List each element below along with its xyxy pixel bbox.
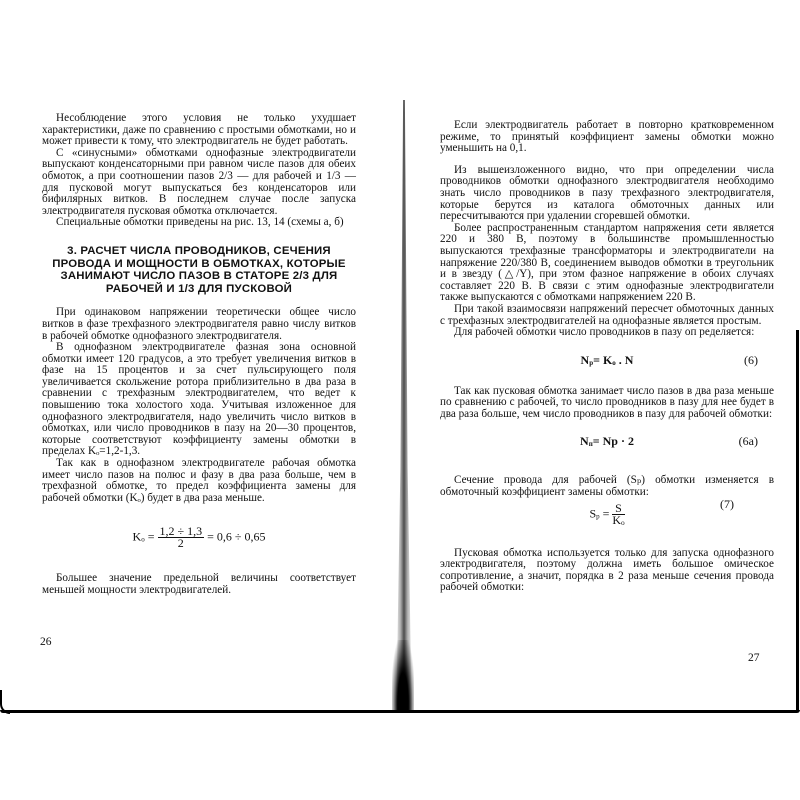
formula-fraction: S Kₒ <box>612 503 624 526</box>
fraction-denominator: 2 <box>158 538 205 549</box>
book-spine-fold <box>392 640 414 712</box>
formula-lhs-subscript: o <box>141 536 145 544</box>
section-heading: 3. РАСЧЕТ ЧИСЛА ПРОВОДНИКОВ, СЕЧЕНИЯ ПРО… <box>42 245 356 295</box>
formula-number: (6) <box>744 353 758 367</box>
paragraph: Более распространенным стандартом напряж… <box>440 223 774 304</box>
formula-rhs-pre: = K <box>593 353 612 367</box>
formula-fraction: 1,2 ÷ 1,3 2 <box>158 526 205 549</box>
formula-lhs: K <box>133 530 142 544</box>
paragraph: Так как пусковая обмотка занимает число … <box>440 386 774 421</box>
paragraph: При одинаковом напряжении теоретически о… <box>42 307 356 342</box>
book-spread: Несоблюдение этого условия не только уху… <box>0 0 800 800</box>
formula-7: Sp = S Kₒ (7) <box>440 503 774 526</box>
page-number-right: 27 <box>748 652 760 664</box>
book-spine-shadow <box>395 100 413 712</box>
page-left-corner <box>0 690 10 714</box>
formula-equals: = <box>148 530 155 544</box>
paragraph: Если электродвигатель работает в повторн… <box>440 120 774 155</box>
formula-rhs: = 0,6 ÷ 0,65 <box>207 530 265 544</box>
formula-equals: = <box>603 506 610 520</box>
paragraph: В однофазном электродвигателе фазная зон… <box>42 342 356 458</box>
formula-rhs-post: . N <box>616 353 634 367</box>
formula-6a: Nп= Np · 2 (6а) <box>440 434 774 451</box>
formula-lhs: N <box>580 434 589 448</box>
formula-6: Np= Ko . N (6) <box>440 353 774 370</box>
paragraph: Пусковая обмотка используется только для… <box>440 548 774 594</box>
paragraph: Для рабочей обмотки число проводников в … <box>440 327 774 339</box>
formula-number: (6а) <box>739 434 758 448</box>
right-page: Если электродвигатель работает в повторн… <box>440 120 774 594</box>
fraction-denominator: Kₒ <box>612 515 624 526</box>
paragraph: Так как в однофазном электродвигателе ра… <box>42 458 356 504</box>
formula-rhs: = Np · 2 <box>593 434 634 448</box>
paragraph: С «синусными» обмотками однофазные элект… <box>42 148 356 218</box>
formula-lhs: N <box>581 353 590 367</box>
paragraph: Несоблюдение этого условия не только уху… <box>42 113 356 148</box>
formula-ko: Ko = 1,2 ÷ 1,3 2 = 0,6 ÷ 0,65 <box>42 526 356 549</box>
page-right-edge <box>796 330 799 712</box>
formula-number: (7) <box>720 497 734 511</box>
page-bottom-edge <box>0 710 800 713</box>
paragraph: Большее значение предельной величины соо… <box>42 573 356 596</box>
paragraph: Специальные обмотки приведены на рис. 13… <box>42 217 356 229</box>
paragraph: Из вышеизложенного видно, что при опреде… <box>440 165 774 223</box>
left-page: Несоблюдение этого условия не только уху… <box>42 113 356 597</box>
formula-lhs-subscript: p <box>596 512 600 520</box>
page-number-left: 26 <box>40 636 52 648</box>
paragraph: При такой взаимосвязи напряжений пересче… <box>440 304 774 327</box>
paragraph: Сечение провода для рабочей (Sₚ) обмотки… <box>440 475 774 498</box>
